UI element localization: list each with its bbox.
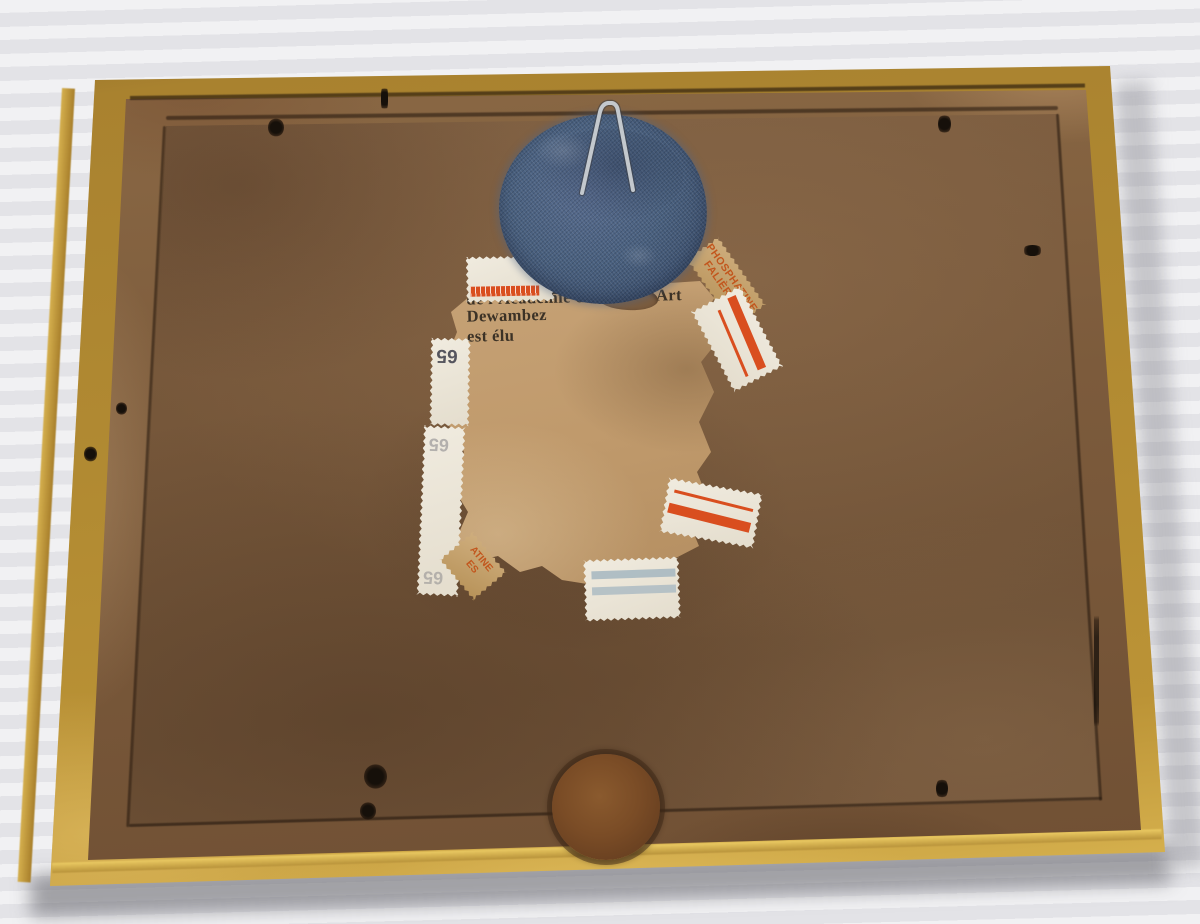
felt-pad <box>552 754 660 860</box>
photo-of-frame-back: M. Dewambez est élu re de l'Académie des… <box>0 0 1200 924</box>
